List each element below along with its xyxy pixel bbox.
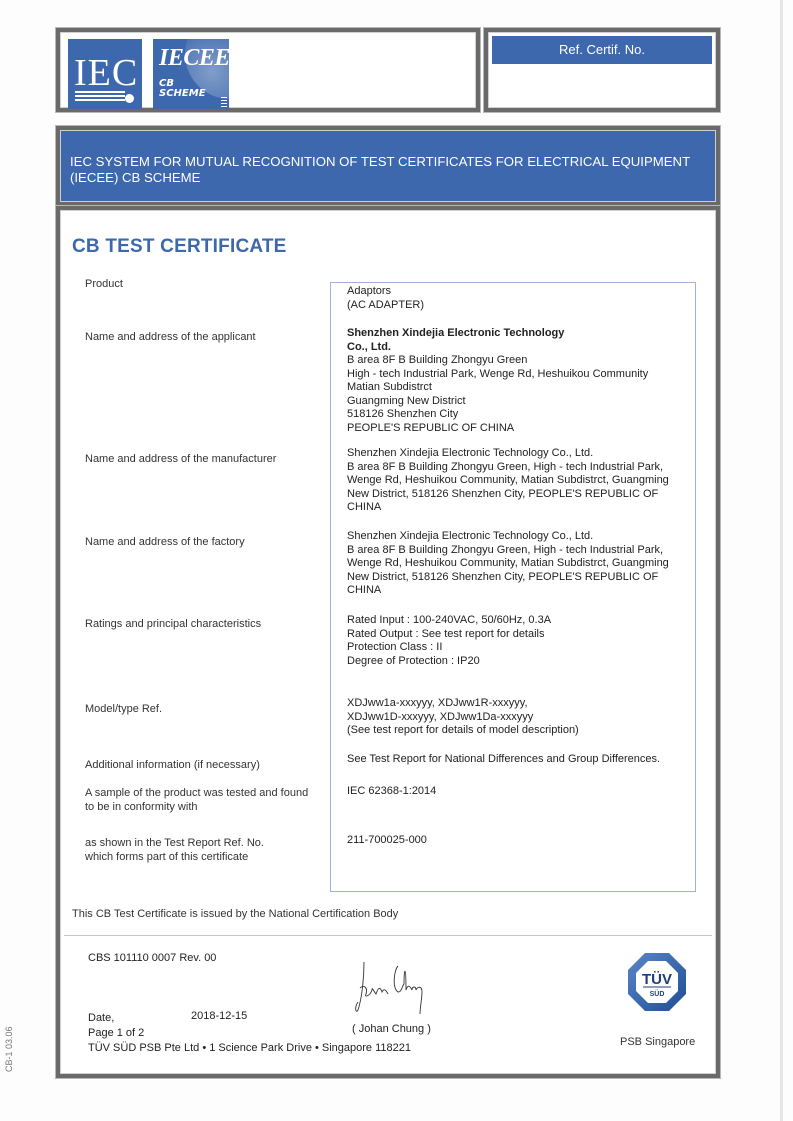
scheme-banner-text: IEC SYSTEM FOR MUTUAL RECOGNITION OF TES…: [70, 154, 708, 186]
label-test-report: as shown in the Test Report Ref. No. whi…: [85, 836, 264, 864]
value-applicant-name: Shenzhen Xindejia Electronic Technology …: [347, 327, 564, 354]
scheme-banner: IEC SYSTEM FOR MUTUAL RECOGNITION OF TES…: [56, 126, 720, 206]
iec-logo-text: IEC: [74, 51, 138, 95]
value-standard: IEC 62368-1:2014: [347, 785, 436, 799]
cbs-number: CBS 101110 0007 Rev. 00: [88, 952, 216, 964]
label-ratings: Ratings and principal characteristics: [85, 617, 261, 631]
iecee-logo-subtext: CBSCHEME: [159, 79, 206, 99]
value-manufacturer: Shenzhen Xindejia Electronic Technology …: [347, 447, 669, 515]
tuv-sud-logo: TÜV SÜD: [627, 952, 687, 1012]
label-applicant: Name and address of the applicant: [85, 330, 256, 344]
reference-certificate-panel: Ref. Certif. No. SG PSB-IV-00199: [484, 28, 720, 112]
certificate-title: CB TEST CERTIFICATE: [72, 236, 287, 258]
signature-image: [350, 958, 430, 1018]
issuer-address: TÜV SÜD PSB Pte Ltd • 1 Science Park Dri…: [88, 1042, 411, 1054]
page-indicator: Page 1 of 2: [88, 1027, 144, 1039]
value-factory: Shenzhen Xindejia Electronic Technology …: [347, 530, 669, 598]
iecee-logo-text: IECEE: [159, 45, 229, 72]
label-model: Model/type Ref.: [85, 702, 162, 716]
label-factory: Name and address of the factory: [85, 535, 245, 549]
signer-name: ( Johan Chung ): [352, 1023, 431, 1035]
page-edge: [780, 0, 783, 1121]
value-ratings: Rated Input : 100-240VAC, 50/60Hz, 0.3A …: [347, 614, 551, 668]
value-additional-info: See Test Report for National Differences…: [347, 753, 660, 767]
date-value: 2018-12-15: [191, 1010, 247, 1022]
iecee-cb-scheme-logo: IECEE CBSCHEME: [153, 39, 229, 109]
issued-by-statement: This CB Test Certificate is issued by th…: [72, 908, 398, 920]
label-manufacturer: Name and address of the manufacturer: [85, 452, 276, 466]
iec-logo: IEC: [68, 39, 142, 109]
value-product: Adaptors (AC ADAPTER): [347, 285, 424, 312]
label-conformity: A sample of the product was tested and f…: [85, 786, 308, 814]
tuv-logo-caption: PSB Singapore: [620, 1036, 695, 1048]
value-model: XDJww1a-xxxyyy, XDJww1R-xxxyyy, XDJww1D-…: [347, 697, 579, 738]
label-additional-info: Additional information (if necessary): [85, 758, 260, 772]
value-test-report-number: 211-700025-000: [347, 834, 427, 848]
logo-panel: IEC IECEE CBSCHEME: [56, 28, 480, 112]
form-identifier: CB-1 03.06: [4, 1026, 14, 1072]
svg-text:TÜV: TÜV: [642, 971, 672, 988]
divider: [64, 935, 712, 936]
svg-text:SÜD: SÜD: [650, 989, 665, 998]
label-product: Product: [85, 277, 123, 291]
ref-label: Ref. Certif. No.: [492, 36, 712, 64]
value-applicant-address: B area 8F B Building Zhongyu Green High …: [347, 354, 648, 435]
date-label: Date,: [88, 1012, 114, 1024]
